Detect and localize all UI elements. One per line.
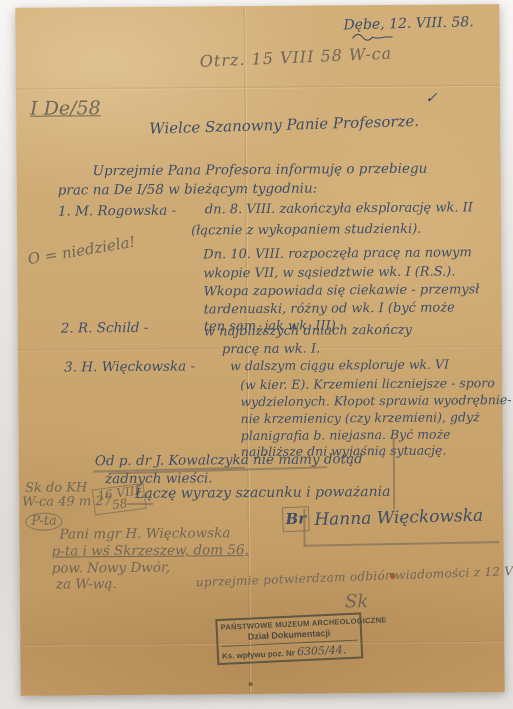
item1-line: Dn. 10. VIII. rozpoczęła pracę na nowym (203, 245, 472, 262)
signature: Hanna Więckowska (314, 506, 483, 530)
pencil-line (127, 503, 153, 505)
received-note: Otrz. 15 VIII 58 W-ca (199, 44, 392, 71)
item3-first: w dalszym ciągu eksploruje wk. VI (230, 357, 449, 374)
address-line: pow. Nowy Dwór, (52, 560, 171, 577)
item1-line: (łącznie z wykopaniem studzienki). (191, 222, 421, 239)
pencil-frame-horizontal (304, 541, 500, 546)
item1-line: Wkopa zapowiada się ciekawie - przemysł (203, 282, 479, 299)
stamp-registry-label: Ks. wpływu poz. Nr (222, 649, 295, 661)
item2-lead: 2. R. Schild - (61, 320, 149, 337)
underline-flourish-icon (352, 33, 394, 41)
initials: Sk (345, 591, 368, 612)
confirmation-note: uprzejmie potwierdzam odbiór wiadomości … (196, 563, 513, 590)
museum-stamp: PAŃSTWOWE MUZEUM ARCHEOLOGICZNE Dział Do… (215, 612, 363, 665)
ref-mark: I De/58 (30, 97, 101, 120)
item3-line: planigrafia b. niejasna. Być może (241, 427, 451, 444)
post-abbrev-circle: P-ta (25, 513, 63, 531)
item1-first: dn. 8. VIII. zakończyła eksplorację wk. … (205, 200, 473, 217)
pencil-frame-vertical (303, 509, 305, 546)
address-line: za W-wą. (56, 576, 117, 592)
post-abbrev: P-ta (25, 514, 63, 529)
item3-lead: 3. H. Więckowska - (64, 359, 195, 376)
stamp-registry-number: 6305/44. (297, 643, 347, 658)
item3-line: (w kier. E). Krzemieni liczniejsze - spo… (240, 375, 495, 392)
letter-scan-paper: Dębe, 12. VIII. 58. Otrz. 15 VIII 58 W-c… (15, 4, 504, 696)
dateline: Dębe, 12. VIII. 58. (343, 14, 474, 33)
item1-lead: 1. M. Rogowska - (58, 203, 176, 220)
item1-line: wkopie VII, w sąsiedztwie wk. I (R.S.). (203, 264, 455, 281)
item2-first: w najbliższych dniach zakończy (204, 323, 412, 340)
check-mark: ✓ (425, 89, 438, 107)
ink-blot (390, 573, 396, 579)
intro-line: Uprzejmie Pana Profesora informuję o prz… (93, 161, 428, 180)
intro-line: prac na De I/58 w bieżącym tygodniu: (58, 181, 318, 199)
salutation: Wielce Szanowny Panie Profesorze. (149, 112, 419, 138)
speck (249, 682, 253, 686)
margin-note: O = niedziela! (26, 233, 136, 269)
address-line: Pani mgr H. Więckowska (59, 525, 230, 542)
stamp-registry-row: Ks. wpływu poz. Nr 6305/44. (222, 640, 359, 662)
valediction: Łączę wyrazy szacunku i poważania (135, 484, 390, 502)
monogram-box: Br (282, 506, 310, 532)
item3-line: wydzielonych. Kłopot sprawia wyodrębnie- (240, 392, 511, 409)
address-line: p-ta i wś Skrzeszew, dom 56, (52, 542, 249, 560)
item1-line: tardenuaski, różny od wk. I (być może (204, 300, 455, 317)
item2-line: pracę na wk. I. (222, 342, 320, 358)
item3-line: nie krzemienicy (czy krzemieni), gdyż (240, 409, 479, 426)
